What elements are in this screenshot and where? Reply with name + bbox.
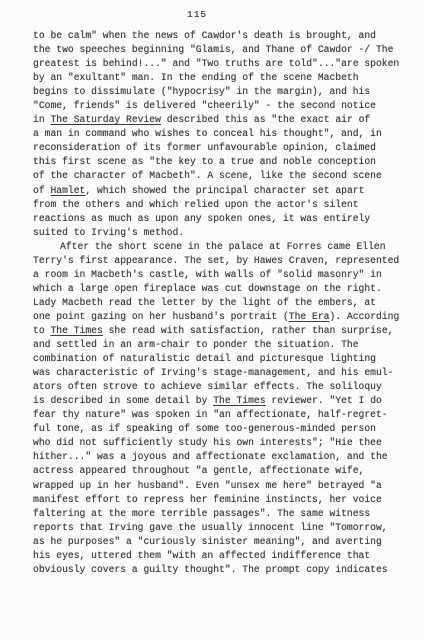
text-segment: which a large open fireplace was cut dow…: [33, 283, 382, 294]
text-segment: and settled in an arm-chair to ponder th…: [33, 339, 359, 350]
text-line: suited to Irving's method.: [33, 226, 403, 240]
text-line: combination of naturalistic detail and p…: [33, 352, 403, 366]
text-segment: of the character of Macbeth". A scene, l…: [33, 170, 382, 181]
text-segment: , which showed the principal character s…: [85, 185, 364, 196]
text-line: actress appeared throughout "a gentle, a…: [33, 464, 403, 478]
text-line: his eyes, uttered them "with an affected…: [33, 549, 403, 563]
text-segment: by an "exultant" man. In the ending of t…: [33, 72, 359, 83]
text-segment: obviously covers a guilty thought". The …: [33, 564, 388, 575]
text-segment: hither..." was a joyous and affectionate…: [33, 451, 388, 462]
text-line: in The Saturday Review described this as…: [33, 113, 403, 127]
text-segment: who did not sufficiently study his own i…: [33, 437, 382, 448]
text-line: as he purposes" a "curiously sinister me…: [33, 535, 403, 549]
text-segment: Lady Macbeth read the letter by the ligh…: [33, 297, 376, 308]
text-line: fear thy nature" was spoken in "an affec…: [33, 408, 403, 422]
text-segment: this first scene as "the key to a true a…: [33, 156, 376, 167]
text-line: begins to dissimulate ("hypocrisy" in th…: [33, 85, 403, 99]
text-segment: to: [33, 325, 50, 336]
text-line: the two speeches beginning "Glamis, and …: [33, 43, 403, 57]
text-segment: fear thy nature" was spoken in "an affec…: [33, 409, 388, 420]
text-segment: manifest effort to repress her feminine …: [33, 494, 382, 505]
text-segment: from the others and which relied upon th…: [33, 199, 359, 210]
text-segment: begins to dissimulate ("hypocrisy" in th…: [33, 86, 370, 97]
text-line: of the character of Macbeth". A scene, l…: [33, 169, 403, 183]
text-line: this first scene as "the key to a true a…: [33, 155, 403, 169]
text-line: is described in some detail by The Times…: [33, 394, 403, 408]
text-segment: After the short scene in the palace at F…: [60, 241, 386, 252]
text-line: from the others and which relied upon th…: [33, 198, 403, 212]
document-page: 115 to be calm" when the news of Cawdor'…: [0, 0, 424, 640]
text-segment: reviewer. "Yet I do: [266, 395, 382, 406]
text-line: obviously covers a guilty thought". The …: [33, 563, 403, 577]
text-line: reconsideration of its former unfavourab…: [33, 141, 403, 155]
text-segment: Terry's first appearance. The set, by Ha…: [33, 255, 399, 266]
text-line: of Hamlet, which showed the principal ch…: [33, 184, 403, 198]
text-segment: his eyes, uttered them "with an affected…: [33, 550, 370, 561]
text-segment: faltering at the more terrible passages"…: [33, 508, 370, 519]
text-line: reactions as much as upon any spoken one…: [33, 212, 403, 226]
text-line: by an "exultant" man. In the ending of t…: [33, 71, 403, 85]
text-segment: a room in Macbeth's castle, with walls o…: [33, 269, 382, 280]
underlined-publication-title: The Saturday Review: [50, 114, 160, 125]
text-segment: a man in command who wishes to conceal h…: [33, 128, 382, 139]
text-segment: ful tone, as if speaking of some too-gen…: [33, 423, 376, 434]
underlined-publication-title: Hamlet: [50, 185, 85, 196]
text-line: was characteristic of Irving's stage-man…: [33, 366, 403, 380]
text-line: ful tone, as if speaking of some too-gen…: [33, 422, 403, 436]
body-text: to be calm" when the news of Cawdor's de…: [33, 29, 403, 577]
text-line: wrapped up in her husband". Even "unsex …: [33, 479, 403, 493]
text-line: a man in command who wishes to conceal h…: [33, 127, 403, 141]
text-line: which a large open fireplace was cut dow…: [33, 282, 403, 296]
text-segment: of: [33, 185, 50, 196]
text-segment: greatest is behind!..." and "Two truths …: [33, 58, 399, 69]
underlined-publication-title: The Times: [213, 395, 265, 406]
text-segment: actress appeared throughout "a gentle, a…: [33, 465, 364, 476]
text-segment: ators often strove to achieve similar ef…: [33, 381, 382, 392]
text-line: a room in Macbeth's castle, with walls o…: [33, 268, 403, 282]
text-segment: wrapped up in her husband". Even "unsex …: [33, 480, 382, 491]
text-segment: as he purposes" a "curiously sinister me…: [33, 536, 382, 547]
text-line: reports that Irving gave the usually inn…: [33, 521, 403, 535]
text-line: to The Times she read with satisfaction,…: [33, 324, 403, 338]
underlined-publication-title: The Times: [50, 325, 102, 336]
text-line: After the short scene in the palace at F…: [33, 240, 403, 254]
text-segment: is described in some detail by: [33, 395, 213, 406]
text-segment: ). According: [330, 311, 400, 322]
text-segment: reports that Irving gave the usually inn…: [33, 522, 388, 533]
text-segment: reactions as much as upon any spoken one…: [33, 213, 370, 224]
text-segment: one point gazing on her husband's portra…: [33, 311, 289, 322]
text-segment: in: [33, 114, 50, 125]
text-line: faltering at the more terrible passages"…: [33, 507, 403, 521]
text-segment: the two speeches beginning "Glamis, and …: [33, 44, 393, 55]
text-segment: was characteristic of Irving's stage-man…: [33, 367, 393, 378]
text-line: Terry's first appearance. The set, by Ha…: [33, 254, 403, 268]
text-line: hither..." was a joyous and affectionate…: [33, 450, 403, 464]
text-segment: described this as "the exact air of: [161, 114, 370, 125]
text-segment: suited to Irving's method.: [33, 227, 184, 238]
text-line: Lady Macbeth read the letter by the ligh…: [33, 296, 403, 310]
text-segment: combination of naturalistic detail and p…: [33, 353, 376, 364]
text-line: one point gazing on her husband's portra…: [33, 310, 403, 324]
page-number: 115: [187, 9, 207, 20]
text-line: greatest is behind!..." and "Two truths …: [33, 57, 403, 71]
text-line: to be calm" when the news of Cawdor's de…: [33, 29, 403, 43]
text-line: ators often strove to achieve similar ef…: [33, 380, 403, 394]
text-segment: she read with satisfaction, rather than …: [103, 325, 394, 336]
text-line: who did not sufficiently study his own i…: [33, 436, 403, 450]
text-line: and settled in an arm-chair to ponder th…: [33, 338, 403, 352]
text-line: manifest effort to repress her feminine …: [33, 493, 403, 507]
text-line: "Come, friends" is delivered "cheerily" …: [33, 99, 403, 113]
text-segment: to be calm" when the news of Cawdor's de…: [33, 30, 376, 41]
text-segment: "Come, friends" is delivered "cheerily" …: [33, 100, 376, 111]
underlined-publication-title: The Era: [289, 311, 330, 322]
text-segment: reconsideration of its former unfavourab…: [33, 142, 376, 153]
